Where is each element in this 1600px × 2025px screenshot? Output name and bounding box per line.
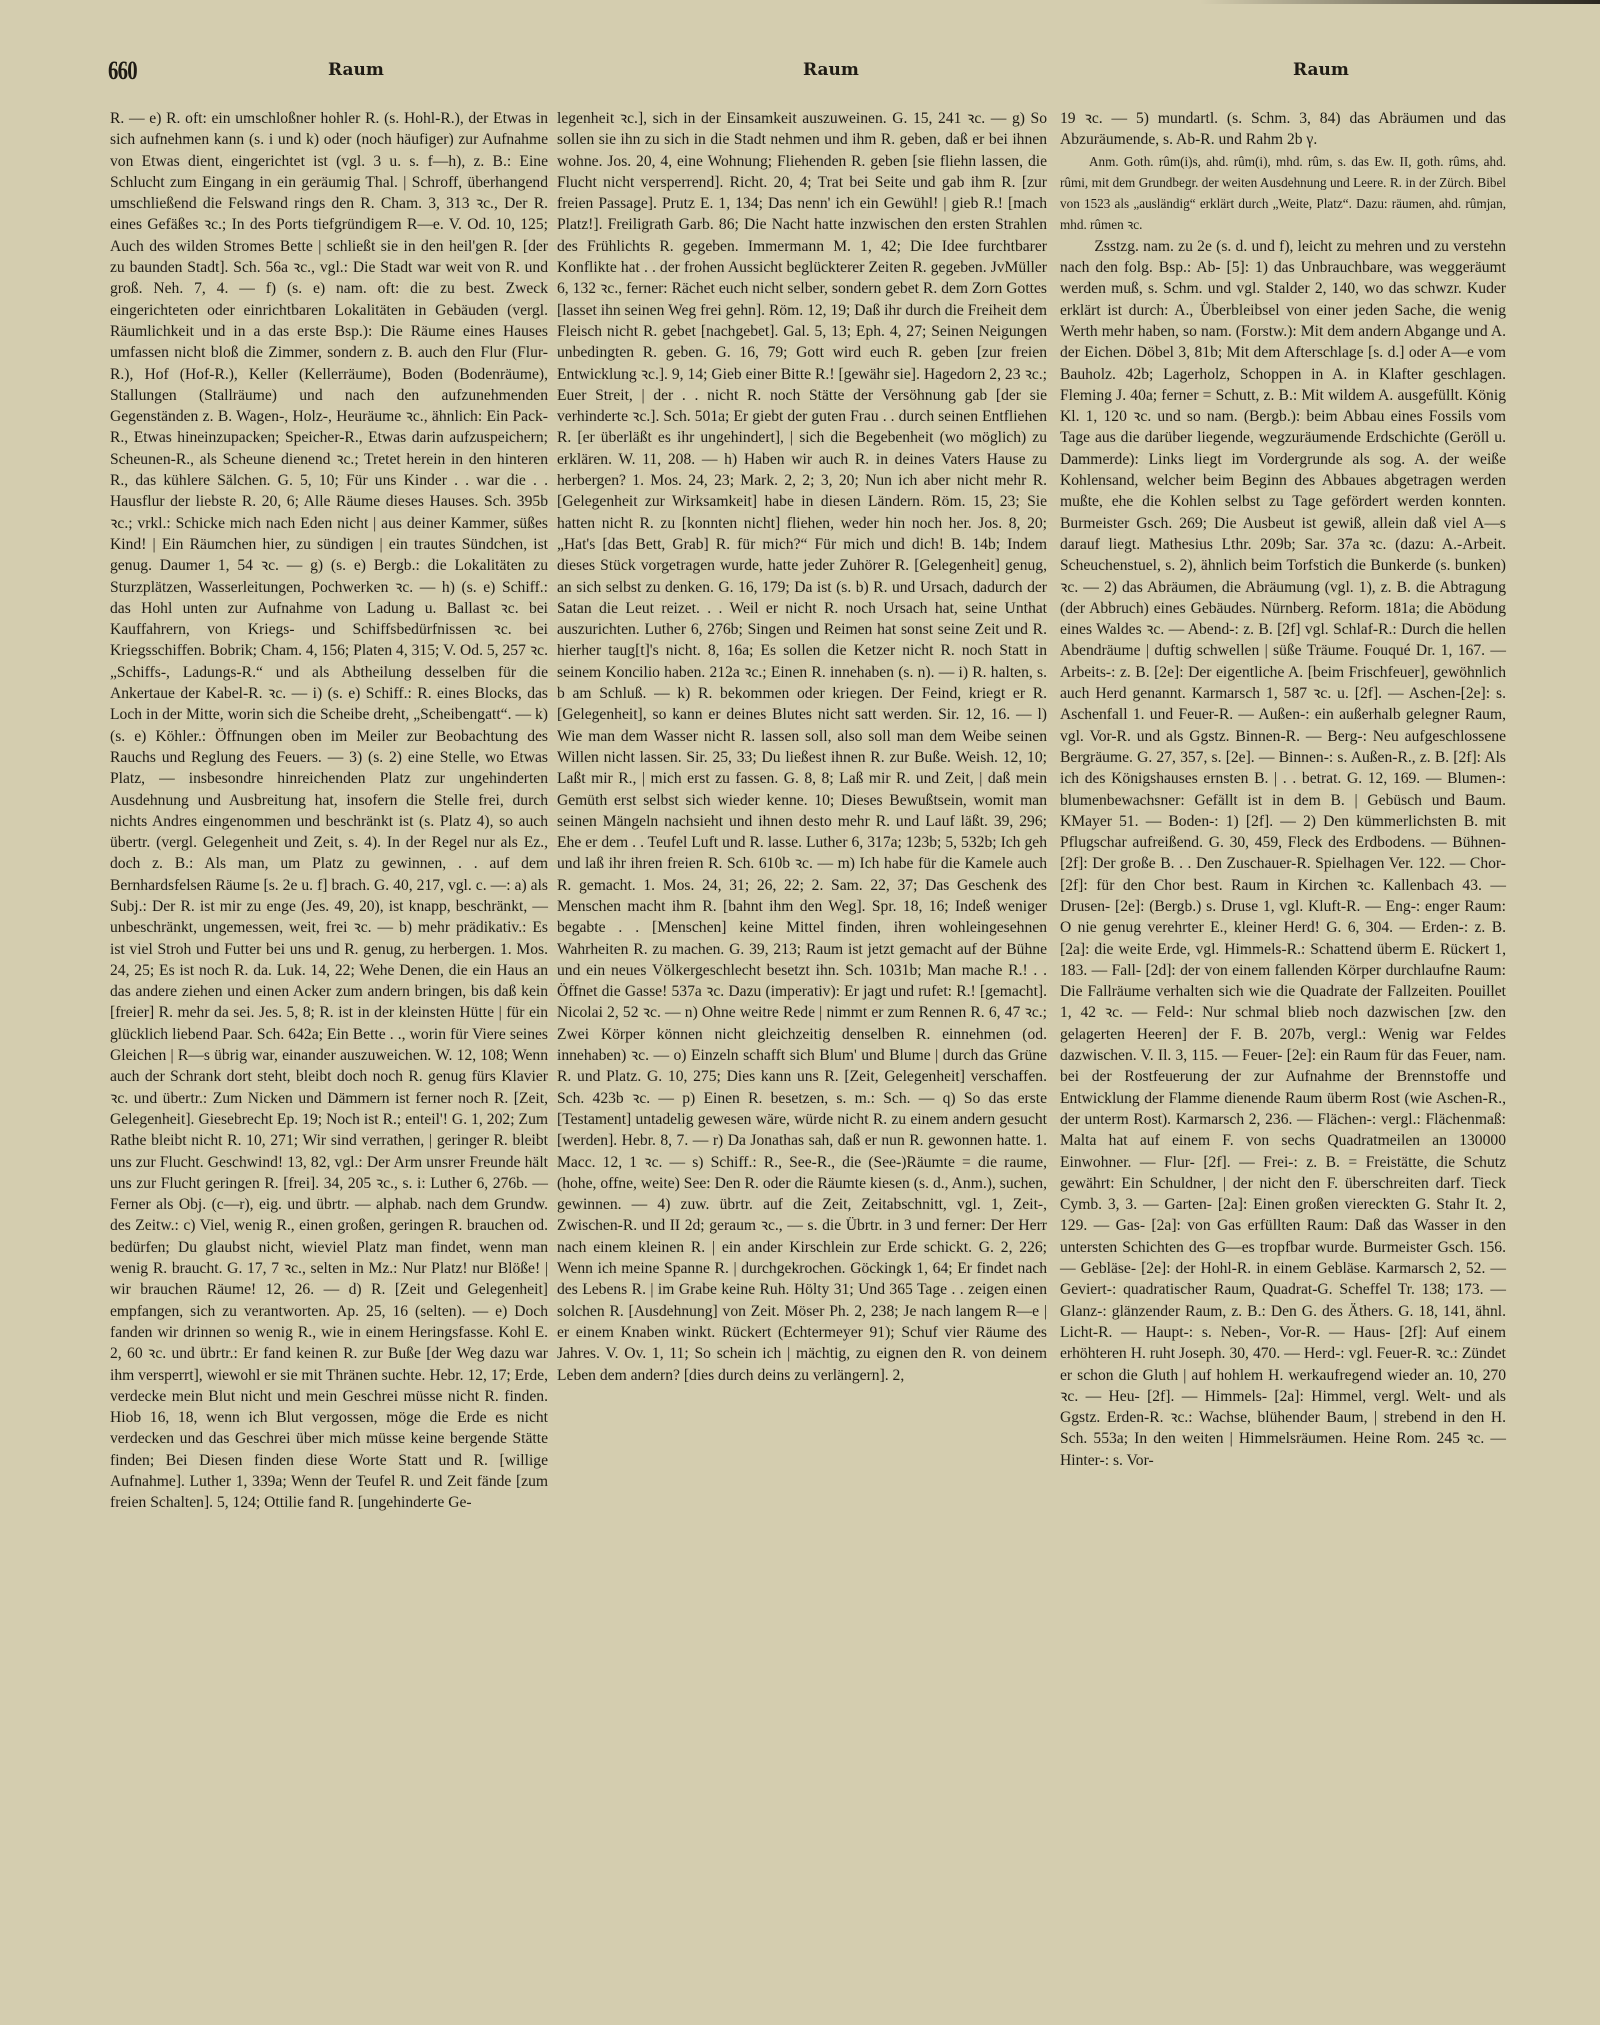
page-header: 660 Raum Raum Raum [108,56,1508,96]
etymology-note: Anm. Goth. rûm(i)s, ahd. rûm(i), mhd. rû… [1060,151,1506,236]
running-head-center: Raum [803,60,859,80]
column-text: 19 ꝛc. — 5) mundartl. (s. Schm. 3, 84) d… [1060,108,1506,151]
page-edge-shadow [1200,0,1600,4]
running-head-right: Raum [1293,60,1349,80]
running-head-left: Raum [328,60,384,80]
column-left: R. — e) R. oft: ein umschloßner hohler R… [110,108,548,1514]
page-number: 660 [108,56,137,86]
compounds-paragraph: Zsstzg. nam. zu 2e (s. d. und f), leicht… [1060,236,1506,1471]
column-text: R. — e) R. oft: ein umschloßner hohler R… [110,108,548,1514]
column-right: 19 ꝛc. — 5) mundartl. (s. Schm. 3, 84) d… [1060,108,1506,1471]
column-middle: legenheit ꝛc.], sich in der Einsamkeit a… [557,108,1047,1386]
column-text: legenheit ꝛc.], sich in der Einsamkeit a… [557,108,1047,1386]
